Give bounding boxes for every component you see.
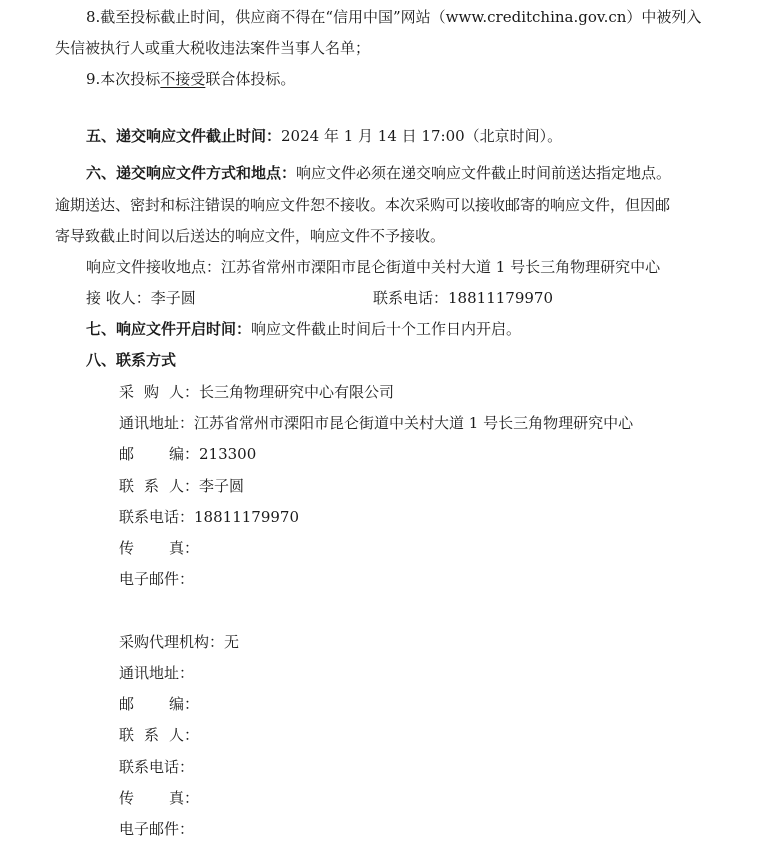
item-9-suffix: 联合体投标。 <box>205 70 295 88</box>
section-6-line-3: 寄导致截止时间以后送达的响应文件，响应文件不予接收。 <box>55 226 445 246</box>
section-8-heading: 八、联系方式 <box>86 350 176 370</box>
section-6-text-1: 响应文件必须在递交响应文件截止时间前送达指定地点。 <box>296 164 671 182</box>
purchaser-address-value: 江苏省常州市溧阳市昆仑街道中关村大道 1 号长三角物理研究中心 <box>194 414 633 432</box>
section-6-heading: 六、递交响应文件方式和地点： <box>86 164 296 182</box>
purchaser-name-row: 采购人：长三角物理研究中心有限公司 <box>119 382 394 402</box>
agency-name-value: 无 <box>224 633 239 651</box>
purchaser-contact-value: 李子圆 <box>199 477 244 495</box>
agency-fax-row: 传真： <box>119 788 199 808</box>
agency-email-row: 电子邮件： <box>119 819 194 839</box>
section-7: 七、响应文件开启时间：响应文件截止时间后十个工作日内开启。 <box>86 319 521 339</box>
receiver-value: 李子圆 <box>151 289 196 307</box>
purchaser-name-value: 长三角物理研究中心有限公司 <box>199 383 394 401</box>
purchaser-phone-row: 联系电话：18811179970 <box>119 507 299 527</box>
item-9-prefix: 9.本次投标 <box>86 70 160 88</box>
purchaser-contact-row: 联系人：李子圆 <box>119 476 244 496</box>
item-9: 9.本次投标不接受联合体投标。 <box>86 69 295 89</box>
agency-name-row: 采购代理机构：无 <box>119 632 239 652</box>
agency-phone-row: 联系电话： <box>119 757 194 777</box>
purchaser-phone-label: 联系电话： <box>119 508 194 526</box>
purchaser-address-label: 通讯地址： <box>119 414 194 432</box>
phone-value: 18811179970 <box>448 289 553 307</box>
purchaser-email-label: 电子邮件： <box>119 570 194 588</box>
item-9-underlined: 不接受 <box>160 70 205 88</box>
section-6-phone: 联系电话：18811179970 <box>373 288 553 308</box>
section-5-text: 2024 年 1 月 14 日 17:00（北京时间）。 <box>281 127 562 145</box>
agency-phone-label: 联系电话： <box>119 758 194 776</box>
phone-label: 联系电话： <box>373 289 448 307</box>
address-label: 响应文件接收地点： <box>86 258 221 276</box>
agency-contact-label: 联系人： <box>119 725 199 745</box>
section-7-heading: 七、响应文件开启时间： <box>86 320 251 338</box>
section-5-heading: 五、递交响应文件截止时间： <box>86 127 281 145</box>
receiver-label: 接 收人： <box>86 289 151 307</box>
purchaser-address-row: 通讯地址：江苏省常州市溧阳市昆仑街道中关村大道 1 号长三角物理研究中心 <box>119 413 633 433</box>
agency-contact-row: 联系人： <box>119 725 199 745</box>
item-8-line-2: 失信被执行人或重大税收违法案件当事人名单； <box>55 38 370 58</box>
section-6-receiver: 接 收人：李子圆 <box>86 288 196 308</box>
address-value: 江苏省常州市溧阳市昆仑街道中关村大道 1 号长三角物理研究中心 <box>221 258 660 276</box>
section-7-text: 响应文件截止时间后十个工作日内开启。 <box>251 320 521 338</box>
purchaser-zip-label: 邮编： <box>119 444 199 464</box>
section-5: 五、递交响应文件截止时间：2024 年 1 月 14 日 17:00（北京时间）… <box>86 126 562 146</box>
purchaser-contact-label: 联系人： <box>119 476 199 496</box>
agency-address-label: 通讯地址： <box>119 664 194 682</box>
agency-fax-label: 传真： <box>119 788 199 808</box>
purchaser-email-row: 电子邮件： <box>119 569 194 589</box>
purchaser-zip-value: 213300 <box>199 445 256 463</box>
agency-name-label: 采购代理机构： <box>119 633 224 651</box>
agency-address-row: 通讯地址： <box>119 663 194 683</box>
section-6-address: 响应文件接收地点：江苏省常州市溧阳市昆仑街道中关村大道 1 号长三角物理研究中心 <box>86 257 660 277</box>
section-6-line-2: 逾期送达、密封和标注错误的响应文件恕不接收。本次采购可以接收邮寄的响应文件，但因… <box>55 195 670 215</box>
item-8-line-1: 8.截至投标截止时间，供应商不得在“信用中国”网站（www.creditchin… <box>86 7 701 27</box>
purchaser-fax-row: 传真： <box>119 538 199 558</box>
agency-zip-label: 邮编： <box>119 694 199 714</box>
purchaser-zip-row: 邮编：213300 <box>119 444 256 464</box>
section-6-line-1: 六、递交响应文件方式和地点：响应文件必须在递交响应文件截止时间前送达指定地点。 <box>86 163 671 183</box>
purchaser-phone-value: 18811179970 <box>194 508 299 526</box>
purchaser-fax-label: 传真： <box>119 538 199 558</box>
agency-zip-row: 邮编： <box>119 694 199 714</box>
agency-email-label: 电子邮件： <box>119 820 194 838</box>
purchaser-name-label: 采购人： <box>119 382 199 402</box>
